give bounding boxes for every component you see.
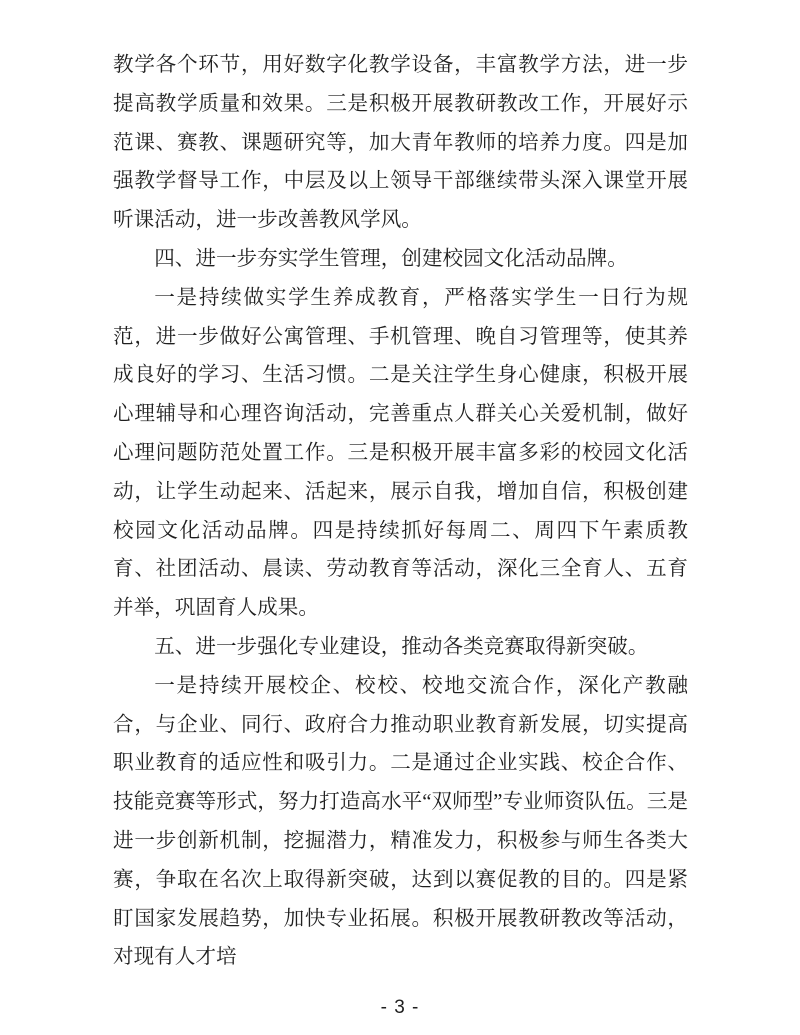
section-heading-four: 四、进一步夯实学生管理，创建校园文化活动品牌。 bbox=[113, 240, 688, 279]
document-body: 教学各个环节，用好数字化教学设备，丰富教学方法，进一步提高教学质量和效果。三是积… bbox=[113, 46, 688, 977]
page-number: - 3 - bbox=[0, 997, 800, 1019]
section-heading-five: 五、进一步强化专业建设，推动各类竞赛取得新突破。 bbox=[113, 628, 688, 667]
paragraph-section-four: 一是持续做实学生养成教育，严格落实学生一日行为规范，进一步做好公寓管理、手机管理… bbox=[113, 279, 688, 628]
paragraph-section-five: 一是持续开展校企、校校、校地交流合作，深化产教融合，与企业、同行、政府合力推动职… bbox=[113, 667, 688, 977]
paragraph-continuation: 教学各个环节，用好数字化教学设备，丰富教学方法，进一步提高教学质量和效果。三是积… bbox=[113, 46, 688, 240]
document-page: 教学各个环节，用好数字化教学设备，丰富教学方法，进一步提高教学质量和效果。三是积… bbox=[0, 0, 800, 1035]
